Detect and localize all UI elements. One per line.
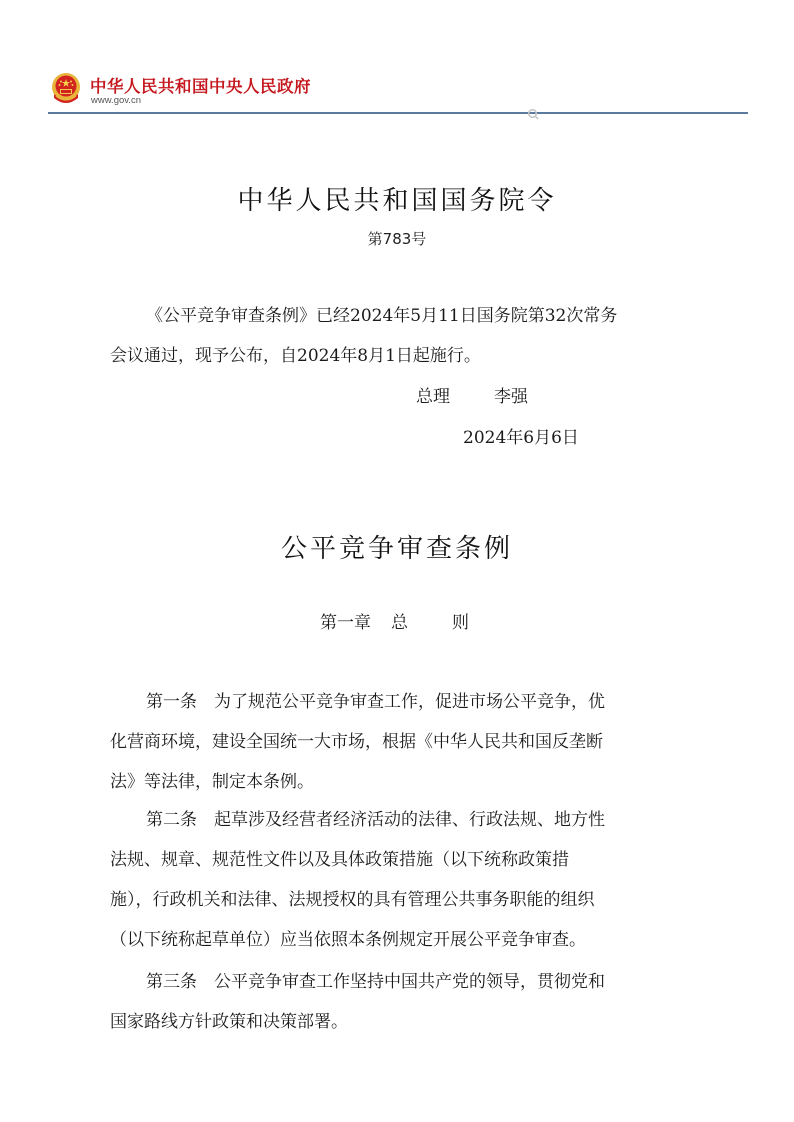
article-text: 化营商环境，建设全国统一大市场，根据《中华人民共和国反垄断 — [110, 722, 690, 762]
article-2: 第二条起草涉及经营者经济活动的法律、行政法规、地方性 法规、规章、规范性文件以及… — [110, 800, 690, 960]
chapter-heading: 第一章总则 — [320, 608, 469, 633]
site-header: 中华人民共和国中央人民政府 www.gov.cn — [48, 70, 748, 115]
chapter-name-char: 总 — [391, 608, 408, 633]
signatory-title: 总理 — [416, 382, 450, 407]
search-marker-icon — [527, 108, 539, 120]
article-text: 施），行政机关和法律、法规授权的具有管理公共事务职能的组织 — [110, 880, 690, 920]
article-text: 公平竞争审查工作坚持中国共产党的领导，贯彻党和 — [214, 972, 605, 992]
decree-body-line: 会议通过，现予公布，自2024年8月1日起施行。 — [110, 336, 690, 376]
article-text: 为了规范公平竞争审查工作，促进市场公平竞争，优 — [214, 692, 605, 712]
signatory-name: 李强 — [494, 382, 528, 407]
header-divider — [48, 112, 748, 114]
article-text: 起草涉及经营者经济活动的法律、行政法规、地方性 — [214, 810, 605, 830]
article-label: 第一条 — [146, 692, 197, 712]
chapter-name-char: 则 — [452, 608, 469, 633]
article-label: 第二条 — [146, 810, 197, 830]
article-label: 第三条 — [146, 972, 197, 992]
regulation-title: 公平竞争审查条例 — [0, 528, 794, 565]
article-text: （以下统称起草单位）应当依照本条例规定开展公平竞争审查。 — [110, 920, 690, 960]
decree-date: 2024年6月6日 — [463, 423, 579, 448]
site-name[interactable]: 中华人民共和国中央人民政府 — [90, 73, 311, 97]
decree-title: 中华人民共和国国务院令 — [0, 180, 794, 217]
decree-number: 第783号 — [0, 228, 794, 249]
national-emblem-icon — [50, 72, 82, 106]
article-1: 第一条为了规范公平竞争审查工作，促进市场公平竞争，优 化营商环境，建设全国统一大… — [110, 682, 690, 802]
decree-body-line: 《公平竞争审查条例》已经2024年5月11日国务院第32次常务 — [110, 296, 690, 336]
decree-body: 《公平竞争审查条例》已经2024年5月11日国务院第32次常务 会议通过，现予公… — [110, 296, 690, 376]
article-text: 法规、规章、规范性文件以及具体政策措施（以下统称政策措 — [110, 840, 690, 880]
article-3: 第三条公平竞争审查工作坚持中国共产党的领导，贯彻党和 国家路线方针政策和决策部署… — [110, 962, 690, 1042]
chapter-number: 第一章 — [320, 608, 371, 633]
site-url[interactable]: www.gov.cn — [91, 95, 141, 106]
article-text: 国家路线方针政策和决策部署。 — [110, 1002, 690, 1042]
article-text: 法》等法律，制定本条例。 — [110, 762, 690, 802]
